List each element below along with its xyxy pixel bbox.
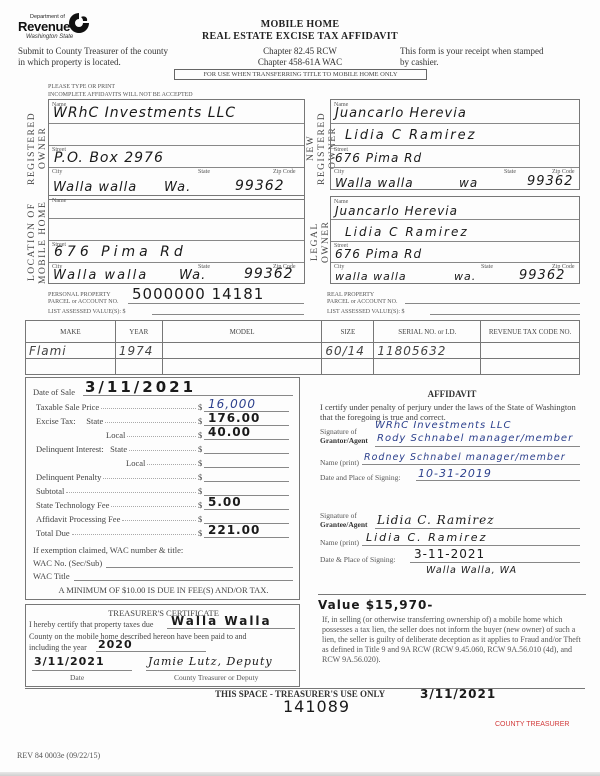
wac-no-label: WAC No. (Sec/Sub) xyxy=(33,558,102,568)
col-tax-code: REVENUE TAX CODE NO. xyxy=(481,321,580,343)
fee-label: Total Due xyxy=(36,528,70,538)
treasurer-use-date: 3/11/2021 xyxy=(420,687,496,701)
treasurer-date-field[interactable]: 3/11/2021 xyxy=(32,655,132,671)
incomplete-note: INCOMPLETE AFFIDAVITS WILL NOT BE ACCEPT… xyxy=(48,92,193,98)
grantor-signature-line1: WRhC Investments LLC xyxy=(375,420,512,431)
page-bottom-edge xyxy=(0,772,600,776)
fee-value: 5.00 xyxy=(208,495,242,509)
affidavit-divider xyxy=(318,594,586,595)
col-model: MODEL xyxy=(162,321,322,343)
size-cell[interactable] xyxy=(322,359,374,375)
treasurer-signature-label: County Treasurer or Deputy xyxy=(174,674,258,682)
real-property-label-1: REAL PROPERTY xyxy=(327,292,397,299)
fee-label: Local xyxy=(106,430,125,440)
form-title-1: MOBILE HOME xyxy=(0,19,600,30)
new-owner-zip[interactable]: 99362 xyxy=(527,174,573,189)
grantee-signature-label-1: Signature of xyxy=(320,511,368,520)
fee-label: Affidavit Processing Fee xyxy=(36,514,120,524)
col-serial: SERIAL NO. or I.D. xyxy=(374,321,481,343)
state-label: State xyxy=(481,264,493,270)
fee-label: Delinquent Interest: State xyxy=(36,444,127,454)
date-of-sale-value: 3/11/2021 xyxy=(85,378,196,396)
grantor-signature: Rody Schnabel manager/member xyxy=(377,433,573,444)
affidavit-statement: I certify under penalty of perjury under… xyxy=(320,402,580,422)
treasurer-cert-line3: including the year xyxy=(29,643,87,652)
legal-owner-box: Name Juancarlo Herevia Lidia C Ramirez S… xyxy=(330,196,580,284)
fee-value-field[interactable]: 221.00 xyxy=(204,524,289,538)
new-owner-name2[interactable]: Lidia C Ramirez xyxy=(345,128,476,143)
registered-owner-street[interactable]: P.O. Box 2976 xyxy=(54,150,164,166)
new-registered-owner-box: Name Juancarlo Herevia Lidia C Ramirez S… xyxy=(330,99,580,190)
grantee-signature-label-2: Grantee/Agent xyxy=(320,520,368,529)
legal-owner-name1[interactable]: Juancarlo Herevia xyxy=(335,204,458,218)
fee-label: Taxable Sale Price xyxy=(36,402,99,412)
treasurer-county-value: Walla Walla xyxy=(171,614,272,628)
serial-cell[interactable]: 11805632 xyxy=(374,343,481,359)
registered-owner-zip[interactable]: 99362 xyxy=(235,178,285,194)
grantor-name: Rodney Schnabel manager/member xyxy=(364,452,566,463)
fee-row-delinquent-interest-state: Delinquent Interest: State $ xyxy=(36,440,289,454)
wac-title-field[interactable] xyxy=(74,571,293,581)
fee-value: 40.00 xyxy=(208,425,251,439)
wac-title-label: WAC Title xyxy=(33,571,70,581)
affidavit-title: AFFIDAVIT xyxy=(318,389,586,399)
fee-row-delinquent-interest-local: Local $ xyxy=(126,454,289,468)
grantor-date-label: Date and Place of Signing: xyxy=(320,474,400,482)
grantee-name-field[interactable]: Lidia C. Ramirez xyxy=(362,531,580,546)
legal-owner-street[interactable]: 676 Pima Rd xyxy=(335,247,422,261)
model-cell[interactable] xyxy=(162,343,322,359)
wac-no-field[interactable] xyxy=(106,558,293,568)
treasurer-date-label: Date xyxy=(70,674,84,682)
fee-row-total-due: Total Due $ 221.00 xyxy=(36,524,289,538)
fee-row-excise-state: Excise Tax: State $ 176.00 xyxy=(36,412,289,426)
fee-row-subtotal: Subtotal $ xyxy=(36,482,289,496)
personal-property-label-2: PARCEL or ACCOUNT NO. xyxy=(48,299,118,306)
grantee-place: Walla Walla, WA xyxy=(426,565,517,576)
legal-owner-name2[interactable]: Lidia C Ramirez xyxy=(345,225,469,239)
table-row xyxy=(26,359,580,375)
tax-code-cell[interactable] xyxy=(481,343,580,359)
receipt-note-line2: by cashier. xyxy=(400,57,543,68)
submit-note: Submit to County Treasurer of the county… xyxy=(18,46,168,68)
treasurer-county-field[interactable]: Walla Walla xyxy=(167,616,295,629)
exemption-label: If exemption claimed, WAC number & title… xyxy=(33,545,183,555)
new-owner-street[interactable]: 676 Pima Rd xyxy=(335,151,422,165)
location-city[interactable]: Walla walla xyxy=(53,268,148,283)
affidavit-section: AFFIDAVIT I certify under penalty of per… xyxy=(318,383,586,593)
receipt-note: This form is your receipt when stamped b… xyxy=(400,46,543,68)
location-state[interactable]: Wa. xyxy=(179,268,206,283)
treasurer-year-value: 2020 xyxy=(98,638,133,651)
treasurer-cert-line2: County on the mobile home described here… xyxy=(29,632,247,641)
mobile-home-table: MAKE YEAR MODEL SIZE SERIAL NO. or I.D. … xyxy=(25,320,580,375)
form-title-2: REAL ESTATE EXCISE TAX AFFIDAVIT xyxy=(0,31,600,42)
county-treasurer-stamp: COUNTY TREASURER xyxy=(495,721,569,728)
size-cell[interactable]: 60/14 xyxy=(322,343,374,359)
state-label: State xyxy=(504,169,516,175)
receipt-note-line1: This form is your receipt when stamped xyxy=(400,46,543,57)
fee-value-field[interactable] xyxy=(204,482,289,496)
fee-value-field[interactable]: 5.00 xyxy=(204,496,289,510)
make-cell[interactable] xyxy=(26,359,116,375)
personal-parcel-value: 5000000 14181 xyxy=(132,285,264,303)
fee-label: Excise Tax: State xyxy=(36,416,103,426)
minimum-due-note: A MINIMUM OF $10.00 IS DUE IN FEE(S) AND… xyxy=(26,585,301,595)
real-property-label: REAL PROPERTY PARCEL or ACCOUNT NO. xyxy=(327,292,397,306)
personal-parcel-field[interactable]: 5000000 14181 xyxy=(128,288,304,304)
registered-owner-name[interactable]: WRhC Investments LLC xyxy=(53,105,236,121)
col-year: YEAR xyxy=(115,321,162,343)
form-number: REV 84 0003e (09/22/15) xyxy=(17,751,100,760)
real-property-label-2: PARCEL or ACCOUNT NO. xyxy=(327,299,397,306)
col-size: SIZE xyxy=(322,321,374,343)
treasurer-date-value: 3/11/2021 xyxy=(34,655,105,668)
tax-lien-warning: If, in selling (or otherwise transferrin… xyxy=(322,615,584,665)
fee-row-excise-local: Local $ 40.00 xyxy=(106,426,289,440)
submit-note-line2: in which property is located. xyxy=(18,57,168,68)
legal-owner-state[interactable]: wa. xyxy=(454,270,476,283)
state-label: State xyxy=(198,169,210,175)
chapter-rcw: Chapter 82.45 RCW xyxy=(230,46,370,57)
zip-label: Zip Code xyxy=(273,169,296,175)
fee-value-field[interactable] xyxy=(204,510,289,524)
date-of-sale-field[interactable]: 3/11/2021 xyxy=(83,380,293,396)
personal-property-label: PERSONAL PROPERTY PARCEL or ACCOUNT NO. xyxy=(48,292,118,306)
grantee-signature-label: Signature of Grantee/Agent xyxy=(320,511,368,529)
grantee-date-label: Date & Place of Signing: xyxy=(320,556,395,564)
personal-assessed-label: LIST ASSESSED VALUE(S): $ xyxy=(48,309,126,315)
fee-label: Subtotal xyxy=(36,486,64,496)
fee-value-field[interactable] xyxy=(204,468,289,482)
col-make: MAKE xyxy=(26,321,116,343)
fee-value: 16,000 xyxy=(208,397,256,411)
chapter-wac: Chapter 458-61A WAC xyxy=(230,57,370,68)
new-registered-owner-label: NEW REGISTERED OWNER xyxy=(306,100,330,196)
date-of-sale-label: Date of Sale xyxy=(33,387,75,397)
fee-label: Local xyxy=(126,458,145,468)
real-assessed-label: LIST ASSESSED VALUE(S): $ xyxy=(327,309,405,315)
fee-label: State Technology Fee xyxy=(36,500,109,510)
table-row: Flami 1974 60/14 11805632 xyxy=(26,343,580,359)
fee-value-field[interactable]: 16,000 xyxy=(204,398,289,412)
grantee-name-label: Name (print) xyxy=(320,539,359,547)
name-label: Name xyxy=(52,198,66,204)
treasurers-certificate-box: TREASURER'S CERTIFICATE I hereby certify… xyxy=(25,604,300,687)
sale-fees-box: Date of Sale 3/11/2021 Taxable Sale Pric… xyxy=(25,377,300,600)
year-cell[interactable]: 1974 xyxy=(115,343,162,359)
grantor-name-field[interactable]: Rodney Schnabel manager/member xyxy=(362,451,580,465)
grantee-date-field[interactable]: 3-11-2021 xyxy=(410,547,580,563)
use-banner: FOR USE WHEN TRANSFERRING TITLE TO MOBIL… xyxy=(174,69,427,80)
fee-value: 176.00 xyxy=(208,411,260,425)
table-header-row: MAKE YEAR MODEL SIZE SERIAL NO. or I.D. … xyxy=(26,321,580,343)
grantor-date-field[interactable]: 10-31-2019 xyxy=(416,467,580,481)
new-owner-state[interactable]: wa xyxy=(459,176,478,190)
location-box: Name Street 676 Pima Rd City State Zip C… xyxy=(48,195,305,284)
fee-row-taxable-price: Taxable Sale Price $ 16,000 xyxy=(36,398,289,412)
fee-row-delinquent-penalty: Delinquent Penalty $ xyxy=(36,468,289,482)
year-cell[interactable] xyxy=(115,359,162,375)
fee-label: Delinquent Penalty xyxy=(36,472,101,482)
submit-note-line1: Submit to County Treasurer of the county xyxy=(18,46,168,57)
grantee-name: Lidia C. Ramirez xyxy=(366,531,487,544)
personal-assessed-field[interactable] xyxy=(152,306,304,315)
city-label: City xyxy=(52,169,62,175)
fee-value-field[interactable]: 176.00 xyxy=(204,412,289,426)
grantee-date: 3-11-2021 xyxy=(414,547,485,561)
treasurer-cert-line1: I hereby certify that property taxes due xyxy=(29,620,153,629)
legal-owner-label: LEGAL OWNER xyxy=(310,200,328,284)
fee-row-state-technology: State Technology Fee $ 5.00 xyxy=(36,496,289,510)
registered-owner-city[interactable]: Walla walla xyxy=(53,180,137,195)
grantor-signature-field[interactable]: Rody Schnabel manager/member xyxy=(375,433,580,447)
registered-owner-state[interactable]: Wa. xyxy=(164,180,191,195)
receipt-number: 141089 xyxy=(283,697,350,716)
fee-value-field[interactable]: 40.00 xyxy=(204,426,289,440)
type-or-print-note: PLEASE TYPE OR PRINT xyxy=(48,84,115,90)
fee-value-field[interactable] xyxy=(204,440,289,454)
make-cell[interactable]: Flami xyxy=(26,343,116,359)
grantor-signature-label: Signature of Grantor/Agent xyxy=(320,427,368,445)
location-street[interactable]: 676 Pima Rd xyxy=(54,244,187,260)
city-label: City xyxy=(334,169,344,175)
registered-owner-box: Name WRhC Investments LLC Street P.O. Bo… xyxy=(48,99,305,200)
tax-code-cell[interactable] xyxy=(481,359,580,375)
fee-row-affidavit-processing: Affidavit Processing Fee $ xyxy=(36,510,289,524)
grantor-signature-label-2: Grantor/Agent xyxy=(320,436,368,445)
grantee-signature-field[interactable]: Lidia C. Ramirez xyxy=(375,513,580,529)
location-zip[interactable]: 99362 xyxy=(244,266,294,282)
real-parcel-field[interactable] xyxy=(405,295,580,304)
fee-value: 221.00 xyxy=(208,523,260,537)
serial-cell[interactable] xyxy=(374,359,481,375)
grantor-name-label: Name (print) xyxy=(320,459,359,467)
value-note: Value $15,970- xyxy=(318,598,433,612)
fee-value-field[interactable] xyxy=(204,454,289,468)
legal-owner-zip[interactable]: 99362 xyxy=(519,268,565,283)
personal-property-label-1: PERSONAL PROPERTY xyxy=(48,292,118,299)
treasurer-signature-field[interactable]: Jamie Lutz, Deputy xyxy=(146,655,296,671)
new-owner-city[interactable]: Walla walla xyxy=(335,176,414,190)
legal-owner-city[interactable]: walla walla xyxy=(335,270,407,283)
treasurer-year-field[interactable]: 2020 xyxy=(96,641,206,652)
grantor-date: 10-31-2019 xyxy=(418,467,492,480)
real-assessed-field[interactable] xyxy=(430,306,580,315)
chapter-refs: Chapter 82.45 RCW Chapter 458-61A WAC xyxy=(230,46,370,68)
treasurer-signature: Jamie Lutz, Deputy xyxy=(148,655,273,668)
model-cell[interactable] xyxy=(162,359,322,375)
grantee-signature: Lidia C. Ramirez xyxy=(377,513,495,527)
new-owner-name1[interactable]: Juancarlo Herevia xyxy=(335,106,467,121)
grantor-signature-label-1: Signature of xyxy=(320,427,368,436)
